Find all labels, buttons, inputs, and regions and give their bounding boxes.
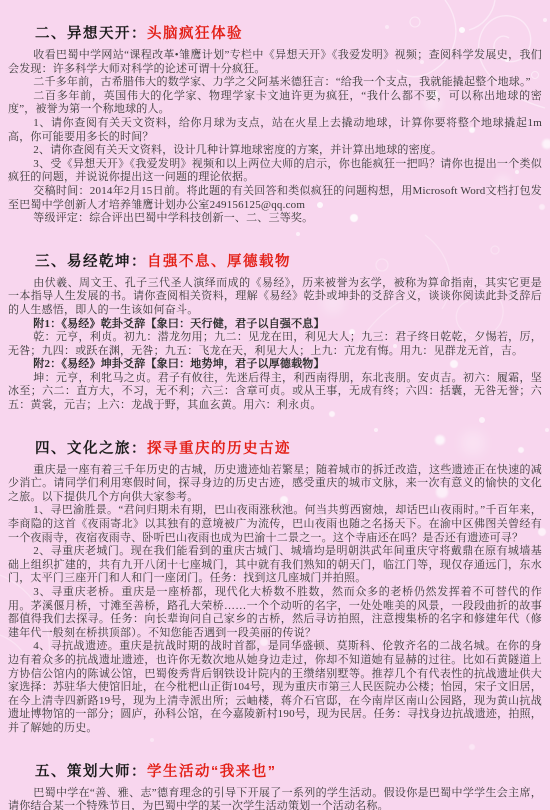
section-yijing: 三、易经乾坤：自强不息、厚德载物 由伏羲、周文王、孔子三代圣人演绎而成的《易经》…: [8, 254, 542, 413]
section-whimsy: 二、异想天开：头脑疯狂体验 收看巴蜀中学网站“课程改革•雏鹰计划”专栏中《异想天…: [8, 26, 542, 226]
section-heading-prefix: 二、异想天开：: [35, 26, 147, 42]
section-heading-highlight: 自强不息、厚德载物: [147, 254, 291, 270]
paragraph-appendix-1: 附1：《易经》乾卦爻辞【象曰：天行健，君子以自强不息】: [8, 318, 542, 332]
paragraph: 收看巴蜀中学网站“课程改革•雏鹰计划”专栏中《异想天开》《我爱发明》视频；查阅科…: [8, 49, 542, 76]
paragraph: 坤：元亨，利牝马之贞。君子有攸往，先迷后得主，利西南得朋，东北丧朋。安贞吉。初六…: [8, 372, 542, 413]
section-heading: 五、策划大师：学生活动“我来也”: [8, 764, 542, 781]
paragraph-appendix-2: 附2：《易经》坤卦爻辞【象曰：地势坤，君子以厚德载物】: [8, 358, 542, 372]
section-heading-prefix: 五、策划大师：: [35, 764, 147, 780]
section-heading-prefix: 四、文化之旅：: [35, 441, 147, 457]
paragraph: 2、请你查阅有关天文资料，设计几种计算地球密度的方案，并计算出地球的密度。: [8, 144, 542, 158]
paragraph: 1、请你查阅有关天文资料，给你月球为支点，站在火星上去撬动地球，计算你要将整个地…: [8, 117, 542, 144]
section-culture-tour: 四、文化之旅：探寻重庆的历史古迹 重庆是一座有着三千年历史的古城，历史遗迹灿若繁…: [8, 441, 542, 736]
paragraph: 乾：元亨，利贞。初九：潜龙勿用；九二：见龙在田，利见大人；九三：君子终日乾乾，夕…: [8, 331, 542, 358]
section-heading: 四、文化之旅：探寻重庆的历史古迹: [8, 441, 542, 458]
section-heading: 三、易经乾坤：自强不息、厚德载物: [8, 254, 542, 271]
paragraph: 重庆是一座有着三千年历史的古城，历史遗迹灿若繁星；随着城市的拆迁改造，这些遗迹正…: [8, 464, 542, 505]
section-event-planner: 五、策划大师：学生活动“我来也” 巴蜀中学在“善、雅、志”德育理念的引导下开展了…: [8, 764, 542, 810]
paragraph-item-2: 2、寻重庆老城门。现在我们能看到的重庆古城门、城墙均是明朝洪武年间重庆守将戴鼎在…: [8, 545, 542, 586]
paragraph: 巴蜀中学在“善、雅、志”德育理念的引导下开展了一系列的学生活动。假设你是巴蜀中学…: [8, 787, 542, 810]
paragraph: 由伏羲、周文王、孔子三代圣人演绎而成的《易经》，历来被誉为玄学，被称为算命指南，…: [8, 277, 542, 318]
section-heading-prefix: 三、易经乾坤：: [35, 254, 147, 270]
paragraph-item-4: 4、寻抗战遗迹。重庆是抗战时期的战时首都，是同华盛顿、莫斯科、伦敦齐名的二战名城…: [8, 640, 542, 735]
section-heading-highlight: 头脑疯狂体验: [147, 26, 243, 42]
paragraph-submission-info: 交稿时间：2014年2月15日前。将此题的有关回答和类似疯狂的问题构想，用Mic…: [8, 185, 542, 212]
paragraph: 3、受《异想天开》《我爱发明》视频和以上两位大师的启示，你也能疯狂一把吗？请你也…: [8, 158, 542, 185]
paragraph: 二百多年前，英国伟大的化学家、物理学家卡文迪许更为疯狂，“我什么都不要，可以称出…: [8, 90, 542, 117]
paragraph-item-3: 3、寻重庆老桥。重庆是一座桥都，现代化大桥数不胜数，然而众多的老桥仍然发挥着不可…: [8, 586, 542, 640]
paragraph: 二千多年前，古希腊伟大的数学家、力学之父阿基米德狂言：“给我一个支点，我就能撬起…: [8, 76, 542, 90]
paragraph-grading-info: 等级评定：综合评出巴蜀中学科技创新一、二、三等奖。: [8, 212, 542, 226]
section-heading: 二、异想天开：头脑疯狂体验: [8, 26, 542, 43]
section-heading-highlight: 学生活动“我来也”: [147, 764, 277, 780]
document-body: 二、异想天开：头脑疯狂体验 收看巴蜀中学网站“课程改革•雏鹰计划”专栏中《异想天…: [0, 0, 550, 810]
section-heading-highlight: 探寻重庆的历史古迹: [147, 441, 291, 457]
paragraph-item-1: 1、寻巴渝胜景。“君问归期未有期，巴山夜雨涨秋池。何当共剪西窗烛，却话巴山夜雨时…: [8, 504, 542, 545]
